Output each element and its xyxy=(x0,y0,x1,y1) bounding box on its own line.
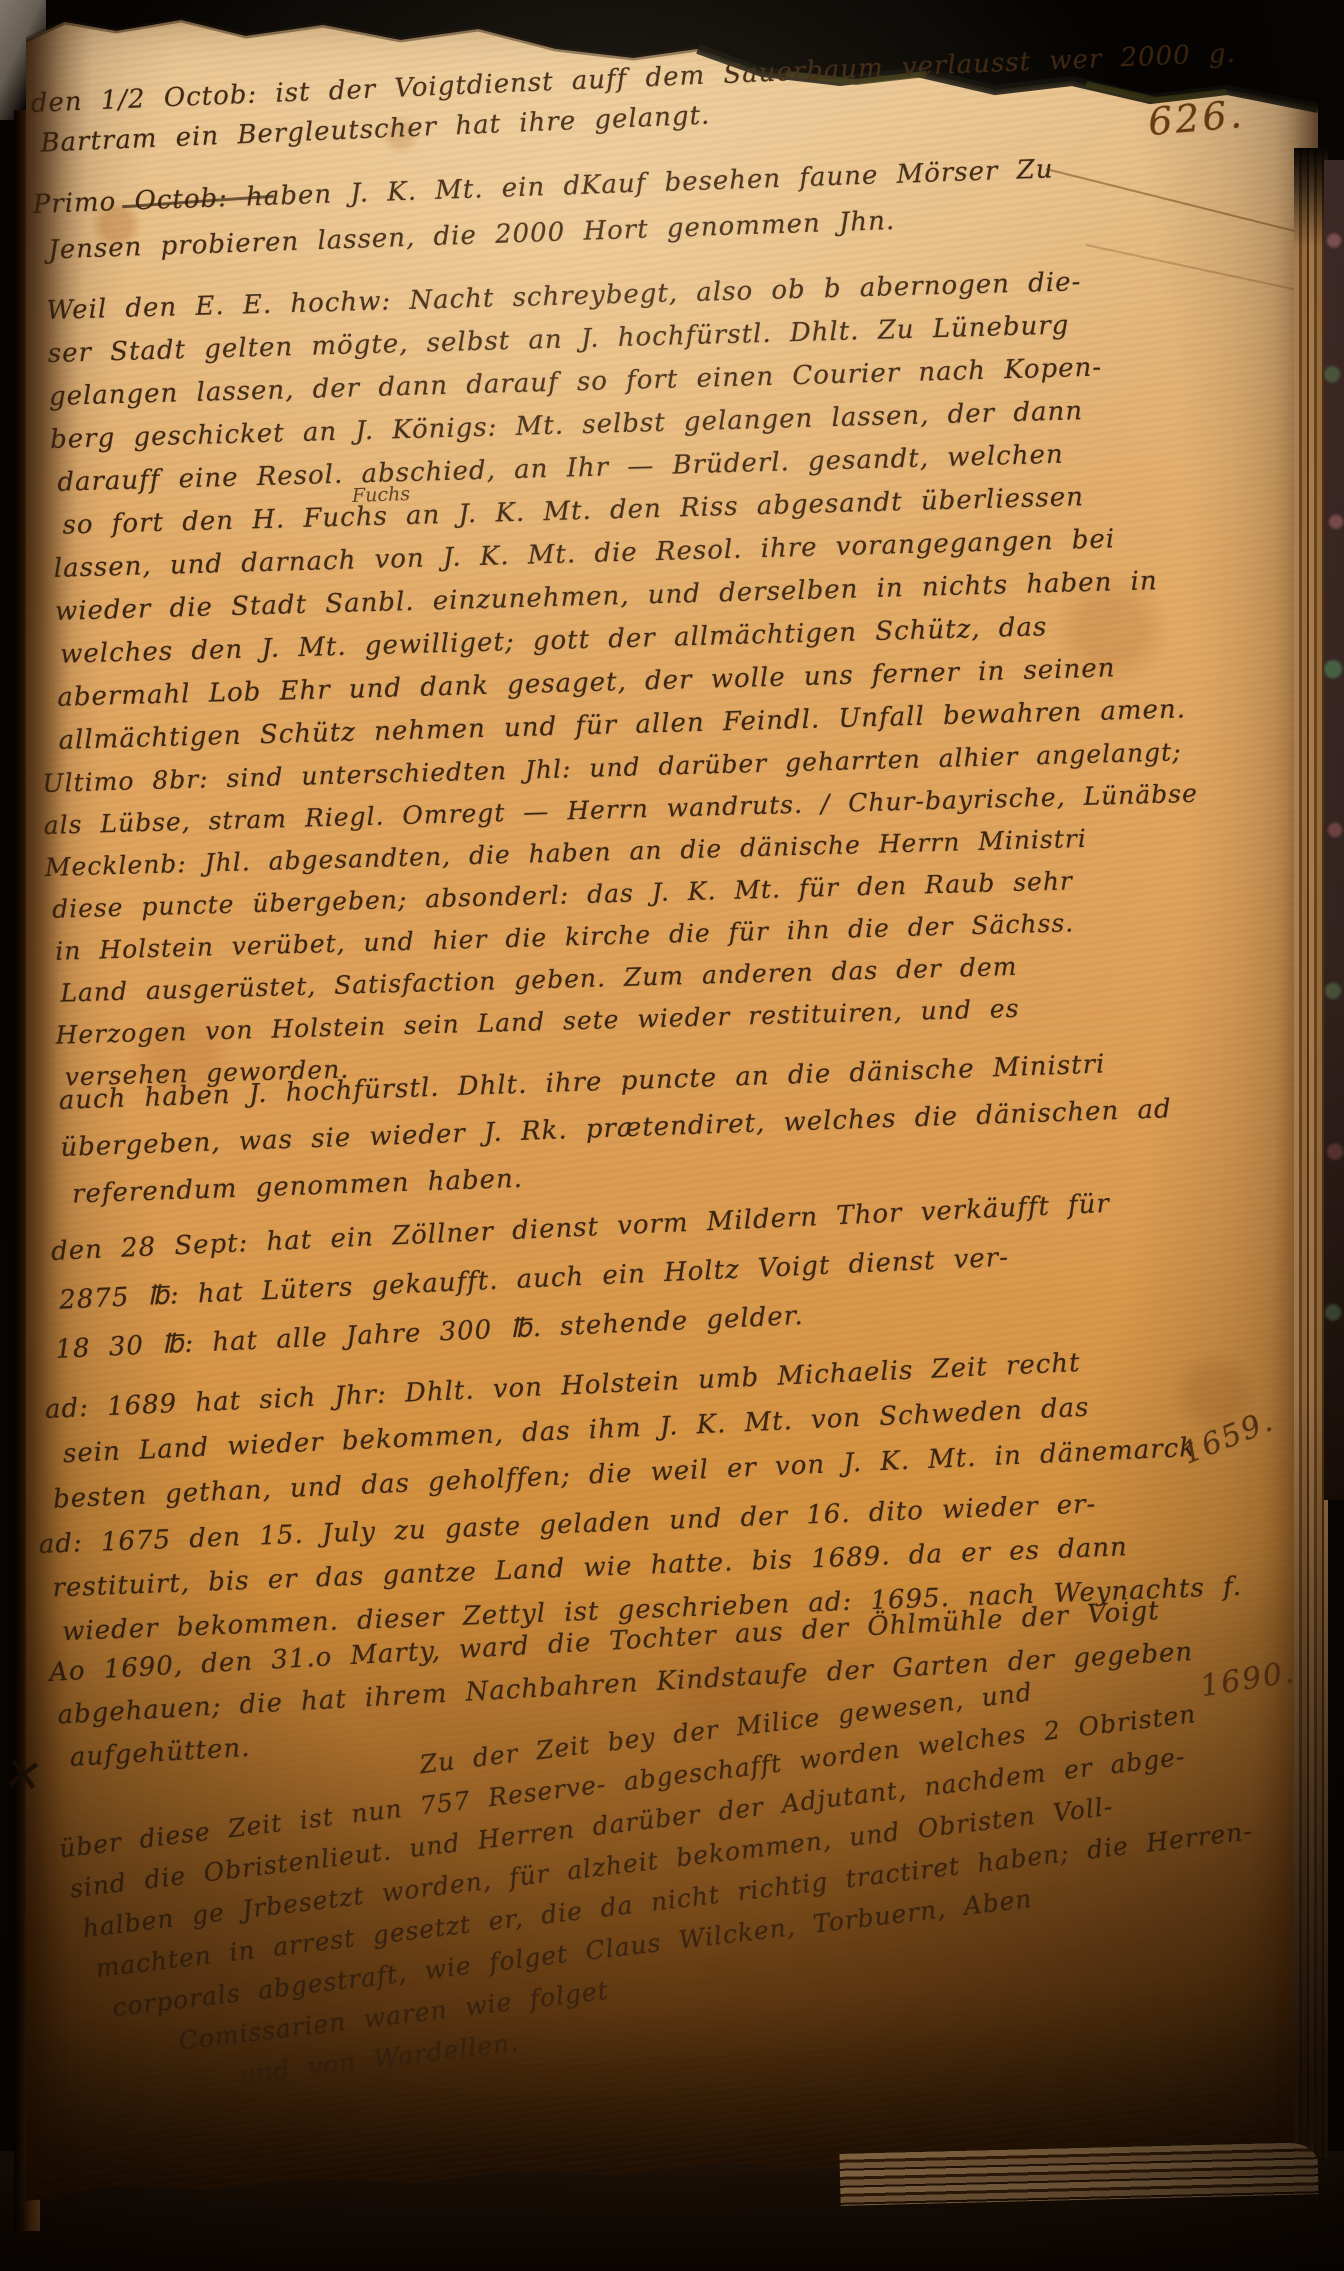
interlinear-note: Fuchs xyxy=(352,483,411,507)
page-number: 626. xyxy=(1146,92,1246,144)
margin-cross-mark: ✕ xyxy=(0,1746,46,1805)
stacked-page-edges xyxy=(1294,148,1328,2158)
paragraph-weil-den: Weil den E. E. hochw: Nacht schreybegt, … xyxy=(46,259,1187,763)
marbled-cover-edge xyxy=(1324,160,1344,1500)
